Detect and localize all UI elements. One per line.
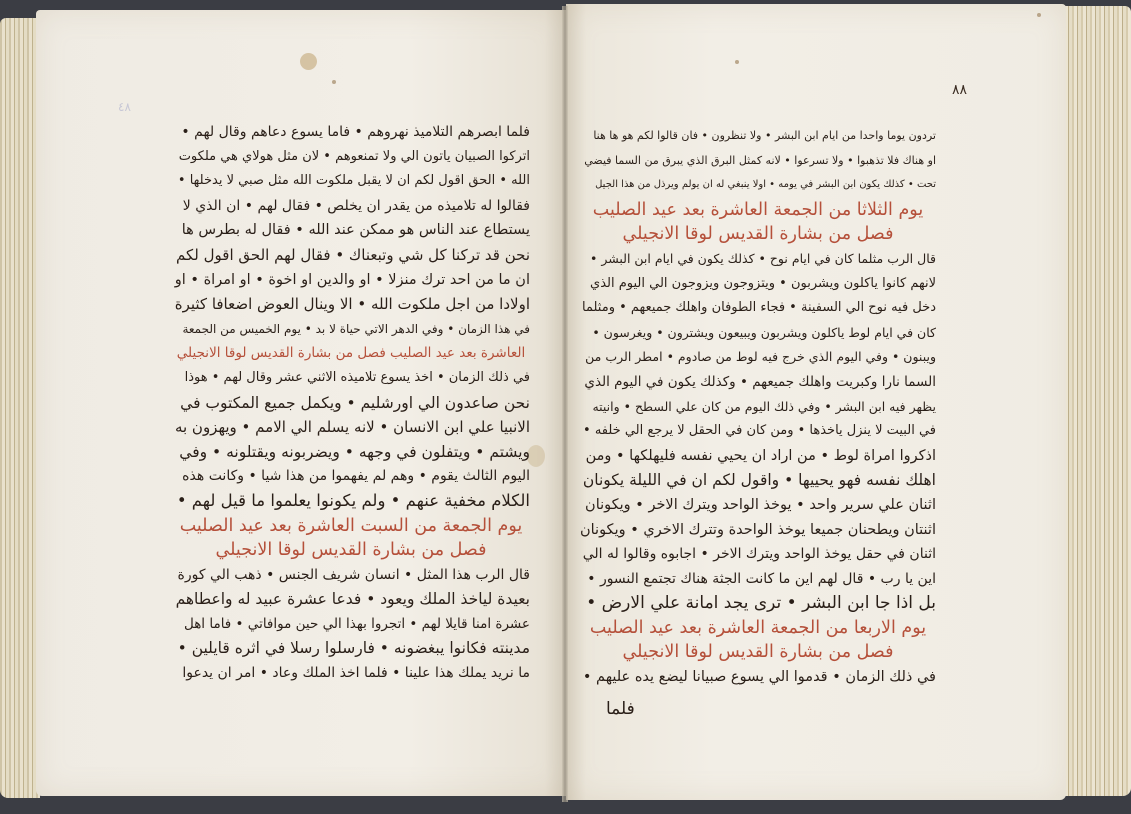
text-line: كان في ايام لوط ياكلون ويشربون ويبيعون و… [580,321,936,346]
text-line: اهلك نفسه فهو يحييها • واقول لكم ان في ا… [580,468,936,493]
text-line: يظهر فيه ابن البشر • وفي ذلك اليوم من كا… [580,395,936,420]
text-line: اليوم الثالث يقوم • وهم لم يفهموا من هذا… [172,464,530,489]
foxing-spot [1037,13,1041,17]
manuscript-photo: ٤٨ ٨٨ فلما ابصرهم التلاميذ نهروهم • فاما… [0,0,1131,814]
rubric-heading: يوم الجمعة من السبت العاشرة بعد عيد الصل… [172,514,530,539]
text-line: بعيدة لياخذ الملك ويعود • فدعا عشرة عبيد… [172,587,530,612]
text-line: اثنتان ويطحنان جميعا يوخذ الواحدة وتترك … [580,518,936,543]
text-line: ان ما من احد ترك منزلا • او والدين او اخ… [172,268,530,293]
text-line: تردون يوما واحدا من ايام ابن البشر • ولا… [580,124,936,149]
rubric-heading: فصل من بشارة القديس لوقا الانجيلي [172,538,530,563]
text-line: قال الرب مثلما كان في ايام نوح • كذلك يك… [580,247,936,272]
text-line: ما نريد يملك هذا علينا • فلما اخذ الملك … [172,661,530,686]
text-line: يستطاع عند الناس هو ممكن عند الله • فقال… [172,218,530,243]
text-line: تحت • كذلك يكون ابن البشر في يومه • اولا… [580,173,936,198]
right-fore-edge [1063,6,1131,796]
text-line: اتركوا الصبيان ياتون الي ولا تمنعوهم • ل… [172,145,530,170]
text-line: اثنان علي سرير واحد • يوخذ الواحد ويترك … [580,493,936,518]
text-line: او هناك فلا تذهبوا • ولا تسرعوا • لانه ك… [580,149,936,174]
text-line: السما نارا وكبريت واهلك جميعهم • وكذلك ي… [580,370,936,395]
text-line: بل اذا جا ابن البشر • ترى يجد امانة علي … [580,591,936,616]
rubric-heading: العاشرة بعد عيد الصليب فصل من بشارة القد… [172,341,530,366]
rubric-heading: فصل من بشارة القديس لوقا الانجيلي [580,222,936,247]
rubric-heading: يوم الاربعا من الجمعة العاشرة بعد عيد ال… [580,616,936,641]
text-line: الانبيا علي ابن الانسان • لانه يسلم الي … [172,415,530,440]
book-gutter [562,6,568,802]
text-line: لانهم كانوا ياكلون ويشربون • ويتزوجون وي… [580,272,936,297]
folio-number: ٨٨ [952,82,967,98]
text-line: نحن قد تركنا كل شي وتبعناك • فقال لهم ال… [172,243,530,268]
faint-folio-number: ٤٨ [118,100,131,114]
text-line: اولادا من اجل ملكوت الله • الا وينال الع… [172,292,530,317]
text-line: فلما ابصرهم التلاميذ نهروهم • فاما يسوع … [172,120,530,145]
foxing-spot [332,80,336,84]
text-line: عشرة امنا قايلا لهم • اتجروا بهذا الي حي… [172,612,530,637]
text-line: فقالوا له تلاميذه من يقدر ان يخلص • فقال… [172,194,530,219]
text-line: ويشتم • ويتفلون في وجهه • ويضربونه ويقتل… [172,440,530,465]
text-line: مدينته فكانوا يبغضونه • فارسلوا رسلا في … [172,636,530,661]
text-line: في ذلك الزمان • اخذ يسوع تلاميذه الاثني … [172,366,530,391]
rubric-heading: فصل من بشارة القديس لوقا الانجيلي [580,640,936,665]
text-line: اذكروا امراة لوط • من اراد ان يحيي نفسه … [580,444,936,469]
paper-stain [300,53,317,70]
left-page-text: فلما ابصرهم التلاميذ نهروهم • فاما يسوع … [172,120,530,686]
foxing-spot [735,60,739,64]
text-line: في ذلك الزمان • قدموا الي يسوع صبيانا لي… [580,665,936,690]
text-line: الكلام مخفية عنهم • ولم يكونوا يعلموا ما… [172,489,530,514]
left-fore-edge [0,18,40,798]
text-line: في البيت لا ينزل ياخذها • ومن كان في الح… [580,419,936,444]
catchword: فلما [606,699,635,719]
text-line: الله • الحق اقول لكم ان لا يقبل ملكوت ال… [172,169,530,194]
text-line: دخل فيه نوح الي السفينة • فجاء الطوفان و… [580,296,936,321]
text-line: اين يا رب • قال لهم اين ما كانت الجثة هن… [580,567,936,592]
text-line: قال الرب هذا المثل • انسان شريف الجنس • … [172,563,530,588]
text-line: نحن صاعدون الي اورشليم • ويكمل جميع المك… [172,391,530,416]
right-page-text: تردون يوما واحدا من ايام ابن البشر • ولا… [580,124,936,690]
text-line: في هذا الزمان • وفي الدهر الاتي حياة لا … [172,317,530,342]
text-line: ويبنون • وفي اليوم الذي خرج فيه لوط من ص… [580,345,936,370]
rubric-heading: يوم الثلاثا من الجمعة العاشرة بعد عيد ال… [580,198,936,223]
text-line: اثنان في حقل يوخذ الواحد ويترك الاخر • ا… [580,542,936,567]
